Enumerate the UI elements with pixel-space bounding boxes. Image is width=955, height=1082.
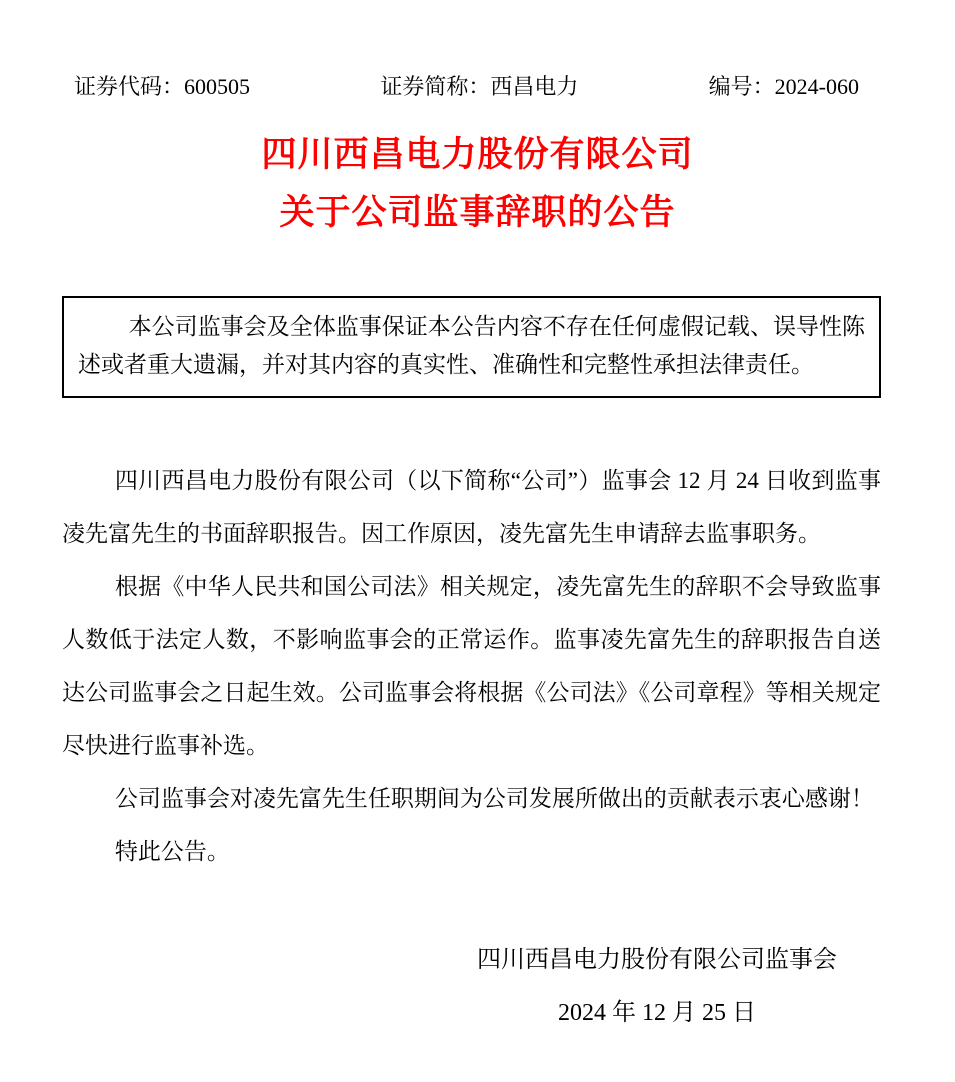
body-paragraph: 四川西昌电力股份有限公司（以下简称“公司”）监事会 12 月 24 日收到监事凌… — [62, 454, 881, 560]
announcement-number: 编号：2024-060 — [709, 74, 859, 100]
signature-date: 2024 年 12 月 25 日 — [477, 987, 837, 1040]
announcement-document-page: 证券代码：600505 证券简称：西昌电力 编号：2024-060 四川西昌电力… — [0, 0, 955, 1082]
body-paragraph: 根据《中华人民共和国公司法》相关规定，凌先富先生的辞职不会导致监事人数低于法定人… — [62, 560, 881, 772]
stock-short-name: 证券简称：西昌电力 — [380, 74, 578, 100]
stock-short-name-label: 证券简称： — [380, 74, 490, 99]
securities-info-row: 证券代码：600505 证券简称：西昌电力 编号：2024-060 — [0, 0, 955, 100]
announcement-number-value: 2024-060 — [775, 74, 859, 99]
announcement-body: 四川西昌电力股份有限公司（以下简称“公司”）监事会 12 月 24 日收到监事凌… — [62, 454, 881, 878]
stock-code-value: 600505 — [184, 74, 250, 99]
announcement-number-label: 编号： — [709, 74, 775, 99]
body-paragraph: 公司监事会对凌先富先生任职期间为公司发展所做出的贡献表示衷心感谢！ — [62, 772, 881, 825]
signature-block: 四川西昌电力股份有限公司监事会 2024 年 12 月 25 日 — [477, 934, 837, 1040]
stock-short-name-value: 西昌电力 — [490, 74, 578, 99]
announcement-subject-title-line: 关于公司监事辞职的公告 — [0, 184, 955, 242]
body-paragraph: 特此公告。 — [62, 825, 881, 878]
disclaimer-text: 本公司监事会及全体监事保证本公告内容不存在任何虚假记载、误导性陈述或者重大遗漏，… — [78, 308, 865, 384]
signature-company: 四川西昌电力股份有限公司监事会 — [477, 934, 837, 987]
disclaimer-box: 本公司监事会及全体监事保证本公告内容不存在任何虚假记载、误导性陈述或者重大遗漏，… — [62, 296, 881, 398]
announcement-title: 四川西昌电力股份有限公司 关于公司监事辞职的公告 — [0, 126, 955, 242]
stock-code: 证券代码：600505 — [74, 74, 250, 100]
company-name-title-line: 四川西昌电力股份有限公司 — [0, 126, 955, 184]
stock-code-label: 证券代码： — [74, 74, 184, 99]
